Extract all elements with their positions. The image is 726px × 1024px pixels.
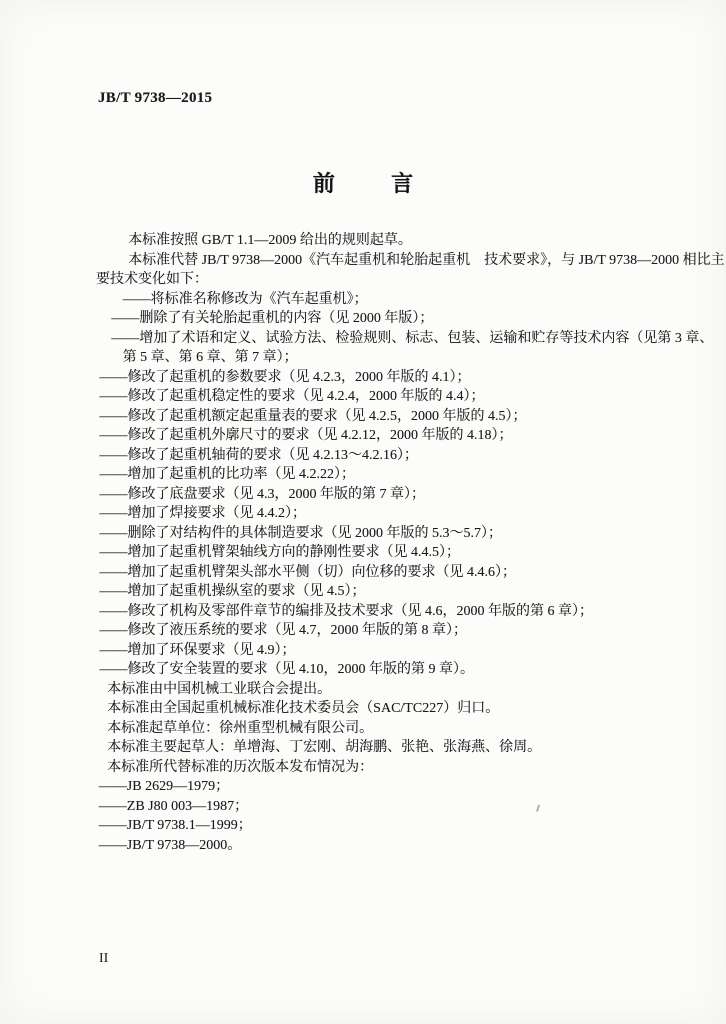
text-line: ——修改了机构及零部件章节的编排及技术要求（见 4.6，2000 年版的第 6 … <box>96 602 666 622</box>
text-line: 本标准起草单位：徐州重型机械有限公司。 <box>96 719 666 739</box>
text-line: ——增加了环保要求（见 4.9）； <box>96 641 666 661</box>
text-line: 第 5 章、第 6 章、第 7 章）； <box>96 348 666 368</box>
text-line: ——增加了术语和定义、试验方法、检验规则、标志、包装、运输和贮存等技术内容（见第… <box>96 329 666 349</box>
text-line: ——修改了起重机稳定性的要求（见 4.2.4，2000 年版的 4.4）； <box>96 387 666 407</box>
text-line: ——增加了起重机臂架头部水平侧（切）向位移的要求（见 4.4.6）； <box>96 563 666 583</box>
text-line: ——修改了起重机的参数要求（见 4.2.3，2000 年版的 4.1）； <box>96 368 666 388</box>
text-line: ——删除了有关轮胎起重机的内容（见 2000 年版）； <box>96 309 666 329</box>
foreword-body: 本标准按照 GB/T 1.1—2009 给出的规则起草。本标准代替 JB/T 9… <box>96 231 666 855</box>
text-line: ——ZB J80 003—1987； <box>96 797 666 817</box>
text-line: ——将标准名称修改为《汽车起重机》； <box>96 290 666 310</box>
text-line: 本标准由全国起重机械标准化技术委员会（SAC/TC227）归口。 <box>96 699 666 719</box>
text-line: ——JB/T 9738.1—1999； <box>96 816 666 836</box>
text-line: ——增加了焊接要求（见 4.4.2）； <box>96 504 666 524</box>
title-char-second: 言 <box>391 171 413 196</box>
text-line: ——修改了底盘要求（见 4.3，2000 年版的第 7 章）； <box>96 485 666 505</box>
document-page: JB/T 9738—2015 前 言 本标准按照 GB/T 1.1—2009 给… <box>0 0 726 1024</box>
page-number: II <box>99 951 108 967</box>
text-line: ——删除了对结构件的具体制造要求（见 2000 年版的 5.3～5.7）； <box>96 524 666 544</box>
text-line: ——修改了起重机轴荷的要求（见 4.2.13～4.2.16）； <box>96 446 666 466</box>
text-line: 本标准按照 GB/T 1.1—2009 给出的规则起草。 <box>96 231 666 251</box>
text-line: ——增加了起重机的比功率（见 4.2.22）； <box>96 465 666 485</box>
page-title: 前 言 <box>0 167 726 198</box>
text-line: 本标准主要起草人：单增海、丁宏刚、胡海鹏、张艳、张海燕、徐周。 <box>96 738 666 758</box>
scanned-document: { "meta": { "header": "JB/T 9738—2015", … <box>0 0 726 1024</box>
text-line: ——JB 2629—1979； <box>96 777 666 797</box>
text-line: ——增加了起重机臂架轴线方向的静刚性要求（见 4.4.5）； <box>96 543 666 563</box>
text-line: 要技术变化如下： <box>96 270 666 290</box>
text-line: ——修改了液压系统的要求（见 4.7，2000 年版的第 8 章）； <box>96 621 666 641</box>
text-line: 本标准所代替标准的历次版本发布情况为： <box>96 758 666 778</box>
text-line: ——JB/T 9738—2000。 <box>96 836 666 856</box>
standard-number: JB/T 9738—2015 <box>98 90 212 107</box>
text-line: ——修改了起重机额定起重量表的要求（见 4.2.5，2000 年版的 4.5）； <box>96 407 666 427</box>
text-line: 本标准代替 JB/T 9738—2000《汽车起重机和轮胎起重机 技术要求》，与… <box>96 251 666 271</box>
text-line: ——修改了安全装置的要求（见 4.10，2000 年版的第 9 章）。 <box>96 660 666 680</box>
text-line: ——修改了起重机外廓尺寸的要求（见 4.2.12，2000 年版的 4.18）； <box>96 426 666 446</box>
title-char-first: 前 <box>313 171 335 196</box>
text-line: ——增加了起重机操纵室的要求（见 4.5）； <box>96 582 666 602</box>
text-line: 本标准由中国机械工业联合会提出。 <box>96 680 666 700</box>
